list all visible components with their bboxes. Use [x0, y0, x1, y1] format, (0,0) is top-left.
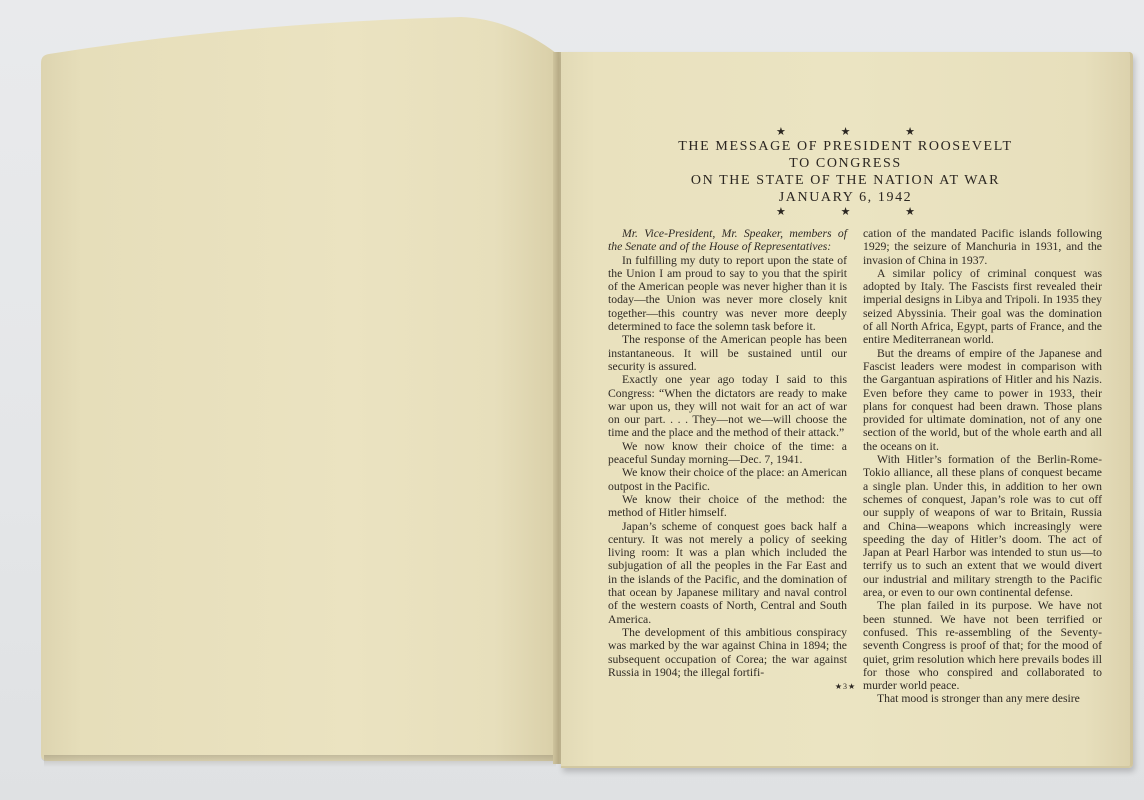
right-page: ★ ★ ★ THE MESSAGE OF PRESIDENT ROOSEVELT…	[561, 52, 1133, 768]
paragraph: In fulfilling my duty to report upon the…	[608, 254, 847, 334]
left-page-blank	[41, 15, 556, 761]
left-column: Mr. Vice-President, Mr. Speaker, members…	[608, 227, 847, 706]
page-number: ★3★	[561, 682, 1130, 691]
paragraph: The development of this ambitious conspi…	[608, 626, 847, 679]
title-line-2: TO CONGRESS	[561, 155, 1130, 172]
paragraph: Exactly one year ago today I said to thi…	[608, 373, 847, 439]
paragraph: Japan’s scheme of conquest goes back hal…	[608, 520, 847, 626]
paragraph: The response of the American people has …	[608, 333, 847, 373]
left-page-shadow	[44, 755, 556, 767]
paragraph: A similar policy of criminal conquest wa…	[863, 267, 1102, 347]
salutation: Mr. Vice-President, Mr. Speaker, members…	[608, 227, 847, 254]
paragraph: That mood is stronger than any mere desi…	[863, 692, 1102, 705]
paragraph-continued: cation of the mandated Pacific islands f…	[863, 227, 1102, 267]
page-heading: ★ ★ ★ THE MESSAGE OF PRESIDENT ROOSEVELT…	[561, 126, 1130, 218]
text-columns: Mr. Vice-President, Mr. Speaker, members…	[608, 227, 1102, 706]
star-ornament-top: ★ ★ ★	[587, 126, 1130, 138]
paragraph: We know their choice of the place: an Am…	[608, 466, 847, 493]
paragraph: We know their choice of the method: the …	[608, 493, 847, 520]
paragraph: But the dreams of empire of the Japanese…	[863, 347, 1102, 453]
title-line-1: THE MESSAGE OF PRESIDENT ROOSEVELT	[561, 138, 1130, 155]
paragraph: The plan failed in its purpose. We have …	[863, 599, 1102, 692]
right-column: cation of the mandated Pacific islands f…	[863, 227, 1102, 706]
paragraph: We now know their choice of the time: a …	[608, 440, 847, 467]
booklet-spread: ★ ★ ★ THE MESSAGE OF PRESIDENT ROOSEVELT…	[0, 0, 1144, 800]
title-date: JANUARY 6, 1942	[561, 189, 1130, 206]
paragraph: With Hitler’s formation of the Berlin-Ro…	[863, 453, 1102, 599]
star-ornament-bottom: ★ ★ ★	[587, 206, 1130, 218]
title-line-3: ON THE STATE OF THE NATION AT WAR	[561, 172, 1130, 189]
